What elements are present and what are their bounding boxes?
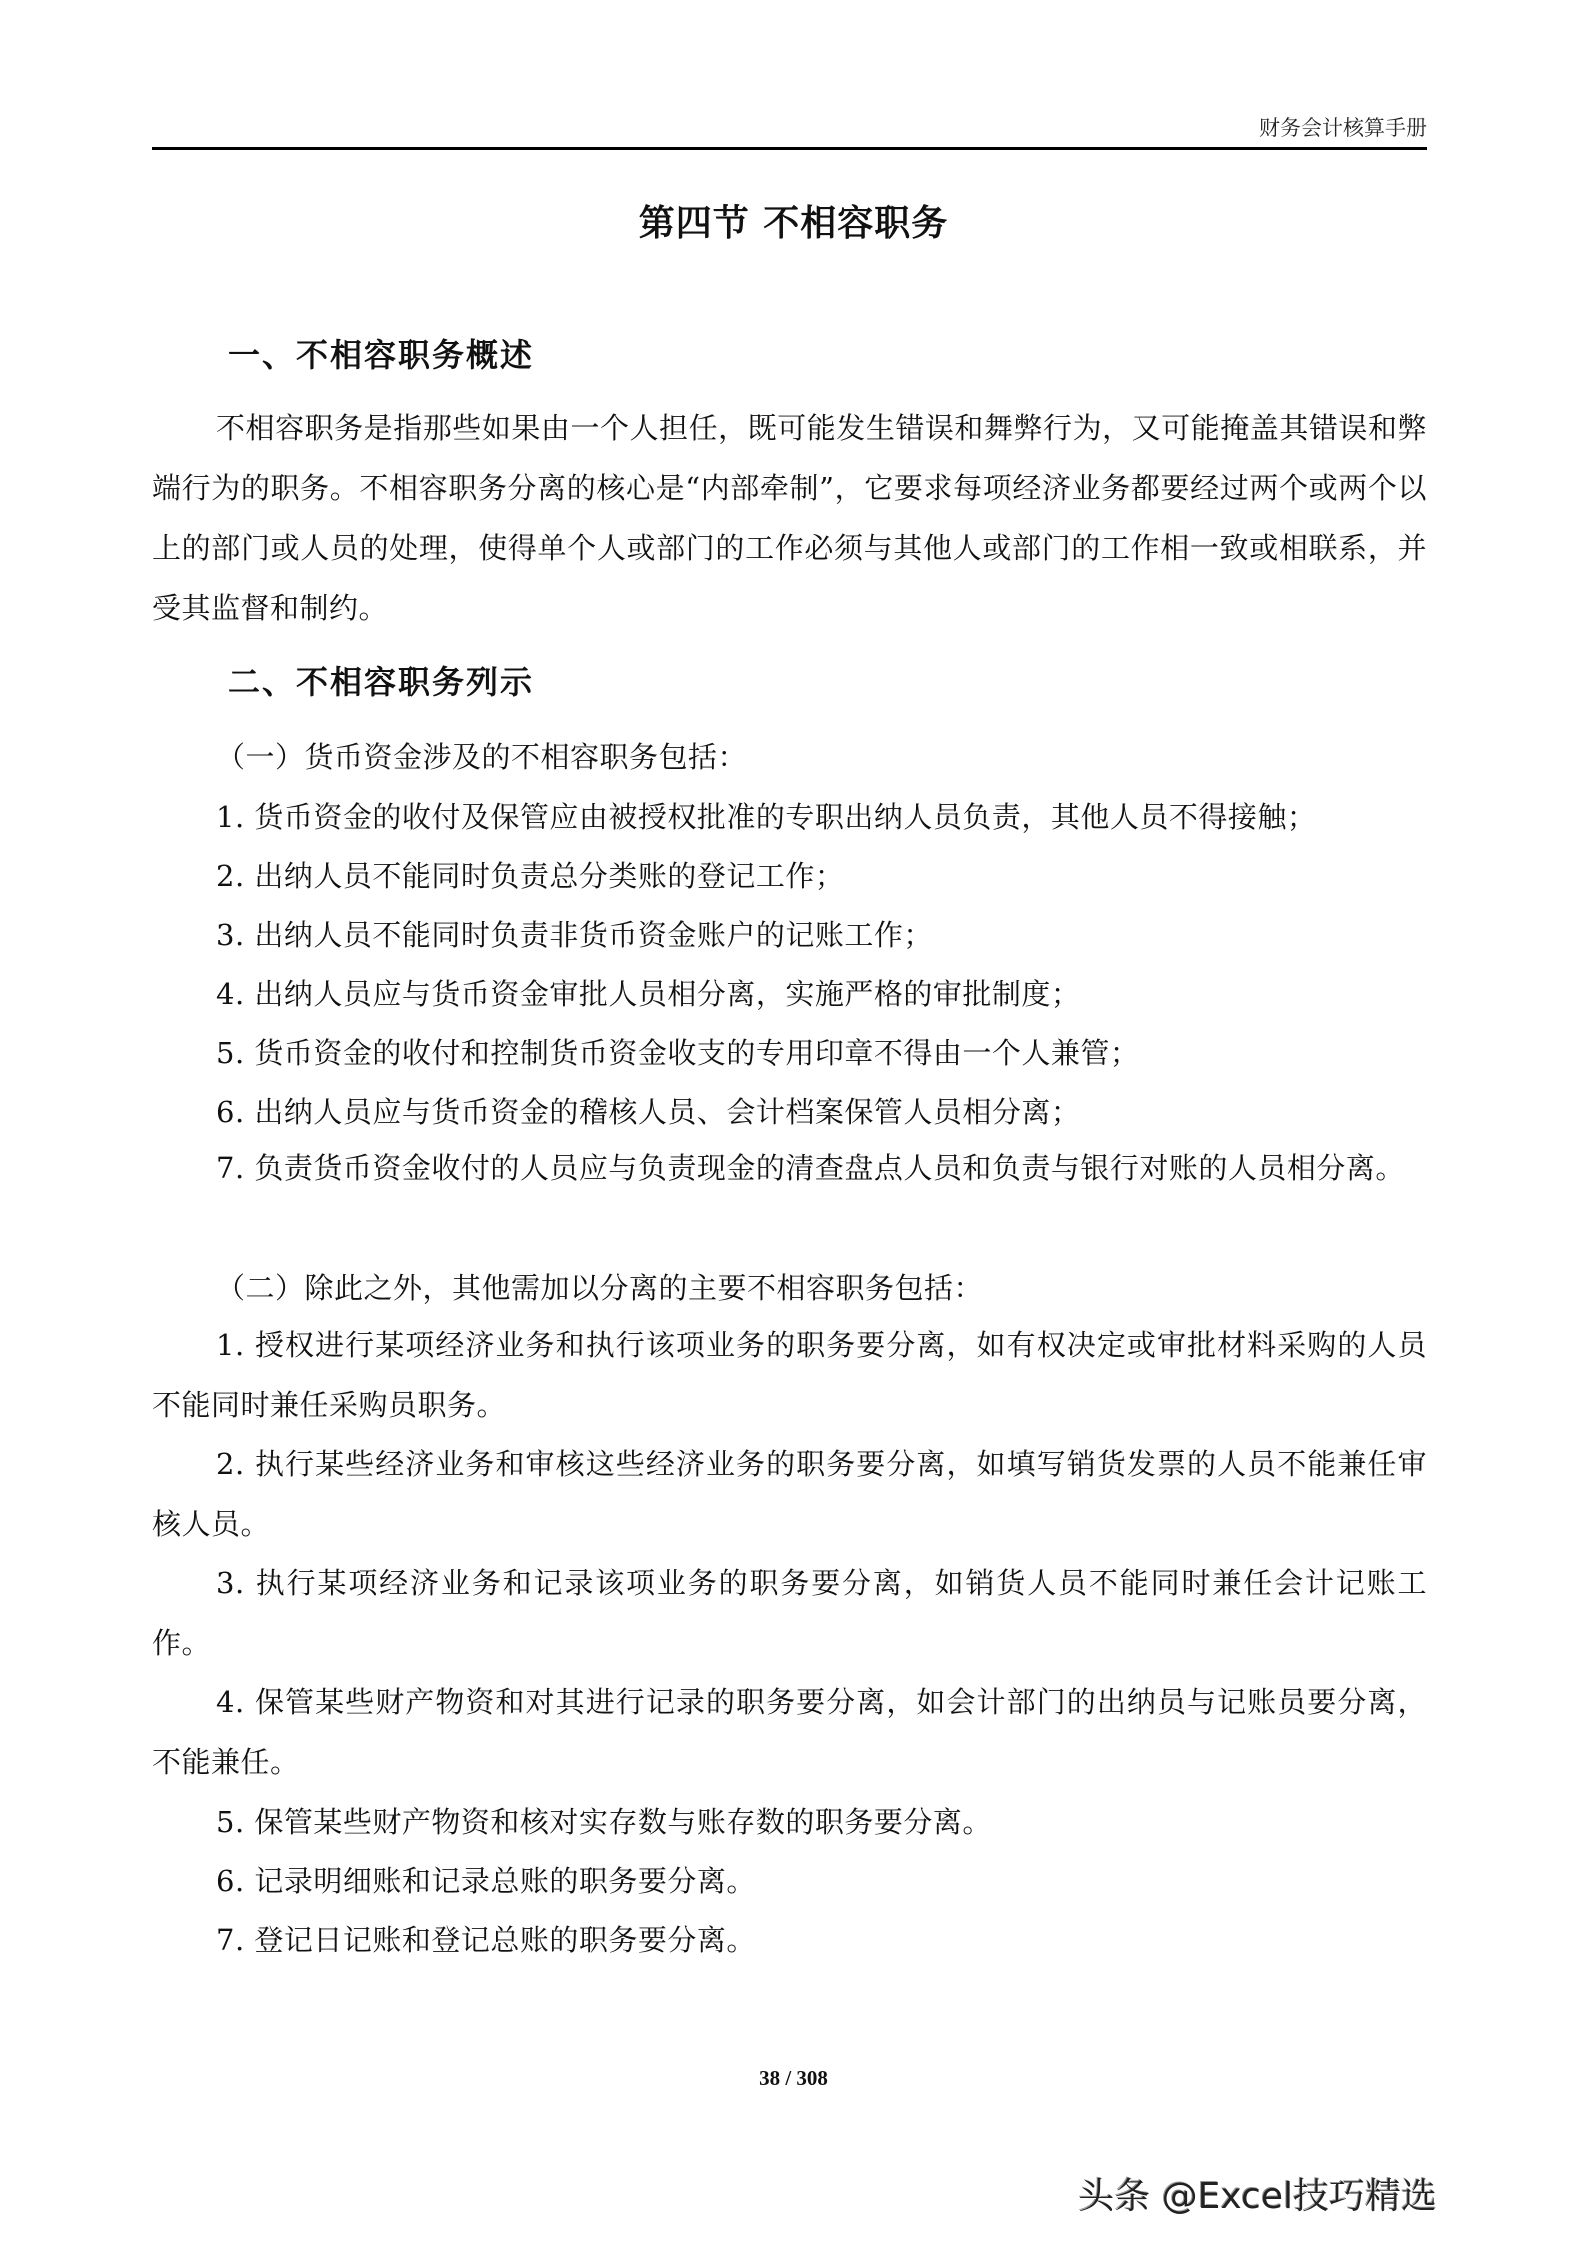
header-rule [152, 147, 1427, 150]
watermark: 头条 @Excel技巧精选 [1078, 2168, 1437, 2219]
heading-list: 二、不相容职务列示 [228, 657, 534, 703]
group1-intro: （一）货币资金涉及的不相容职务包括： [216, 735, 747, 776]
group2-item-4: 4. 保管某些财产物资和对其进行记录的职务要分离，如会计部门的出纳员与记账员要分… [152, 1672, 1427, 1792]
group1-item-6: 6. 出纳人员应与货币资金的稽核人员、会计档案保管人员相分离； [216, 1090, 1080, 1131]
group1-item-2: 2. 出纳人员不能同时负责总分类账的登记工作； [216, 854, 844, 895]
section-title: 第四节 不相容职务 [0, 195, 1587, 246]
group1-item-3: 3. 出纳人员不能同时负责非货币资金账户的记账工作； [216, 913, 933, 954]
group2-item-1: 1. 授权进行某项经济业务和执行该项业务的职务要分离，如有权决定或审批材料采购的… [152, 1315, 1427, 1435]
group1-item-5: 5. 货币资金的收付和控制货币资金收支的专用印章不得由一个人兼管； [216, 1031, 1139, 1072]
page-number: 38 / 308 [0, 2066, 1587, 2091]
group2-item-5: 5. 保管某些财产物资和核对实存数与账存数的职务要分离。 [216, 1800, 992, 1841]
overview-paragraph: 不相容职务是指那些如果由一个人担任，既可能发生错误和舞弊行为，又可能掩盖其错误和… [152, 398, 1427, 638]
group2-item-3: 3. 执行某项经济业务和记录该项业务的职务要分离，如销货人员不能同时兼任会计记账… [152, 1553, 1427, 1673]
group1-item-1: 1. 货币资金的收付及保管应由被授权批准的专职出纳人员负责，其他人员不得接触； [216, 795, 1316, 836]
heading-overview: 一、不相容职务概述 [228, 330, 534, 376]
group2-item-2: 2. 执行某些经济业务和审核这些经济业务的职务要分离，如填写销货发票的人员不能兼… [152, 1434, 1427, 1554]
group2-intro: （二）除此之外，其他需加以分离的主要不相容职务包括： [216, 1266, 983, 1307]
group1-item-7: 7. 负责货币资金收付的人员应与负责现金的清查盘点人员和负责与银行对账的人员相分… [152, 1138, 1427, 1198]
running-header: 财务会计核算手册 [152, 112, 1427, 142]
group2-item-6: 6. 记录明细账和记录总账的职务要分离。 [216, 1859, 756, 1900]
group1-item-4: 4. 出纳人员应与货币资金审批人员相分离，实施严格的审批制度； [216, 972, 1080, 1013]
group2-item-7: 7. 登记日记账和登记总账的职务要分离。 [216, 1918, 756, 1959]
